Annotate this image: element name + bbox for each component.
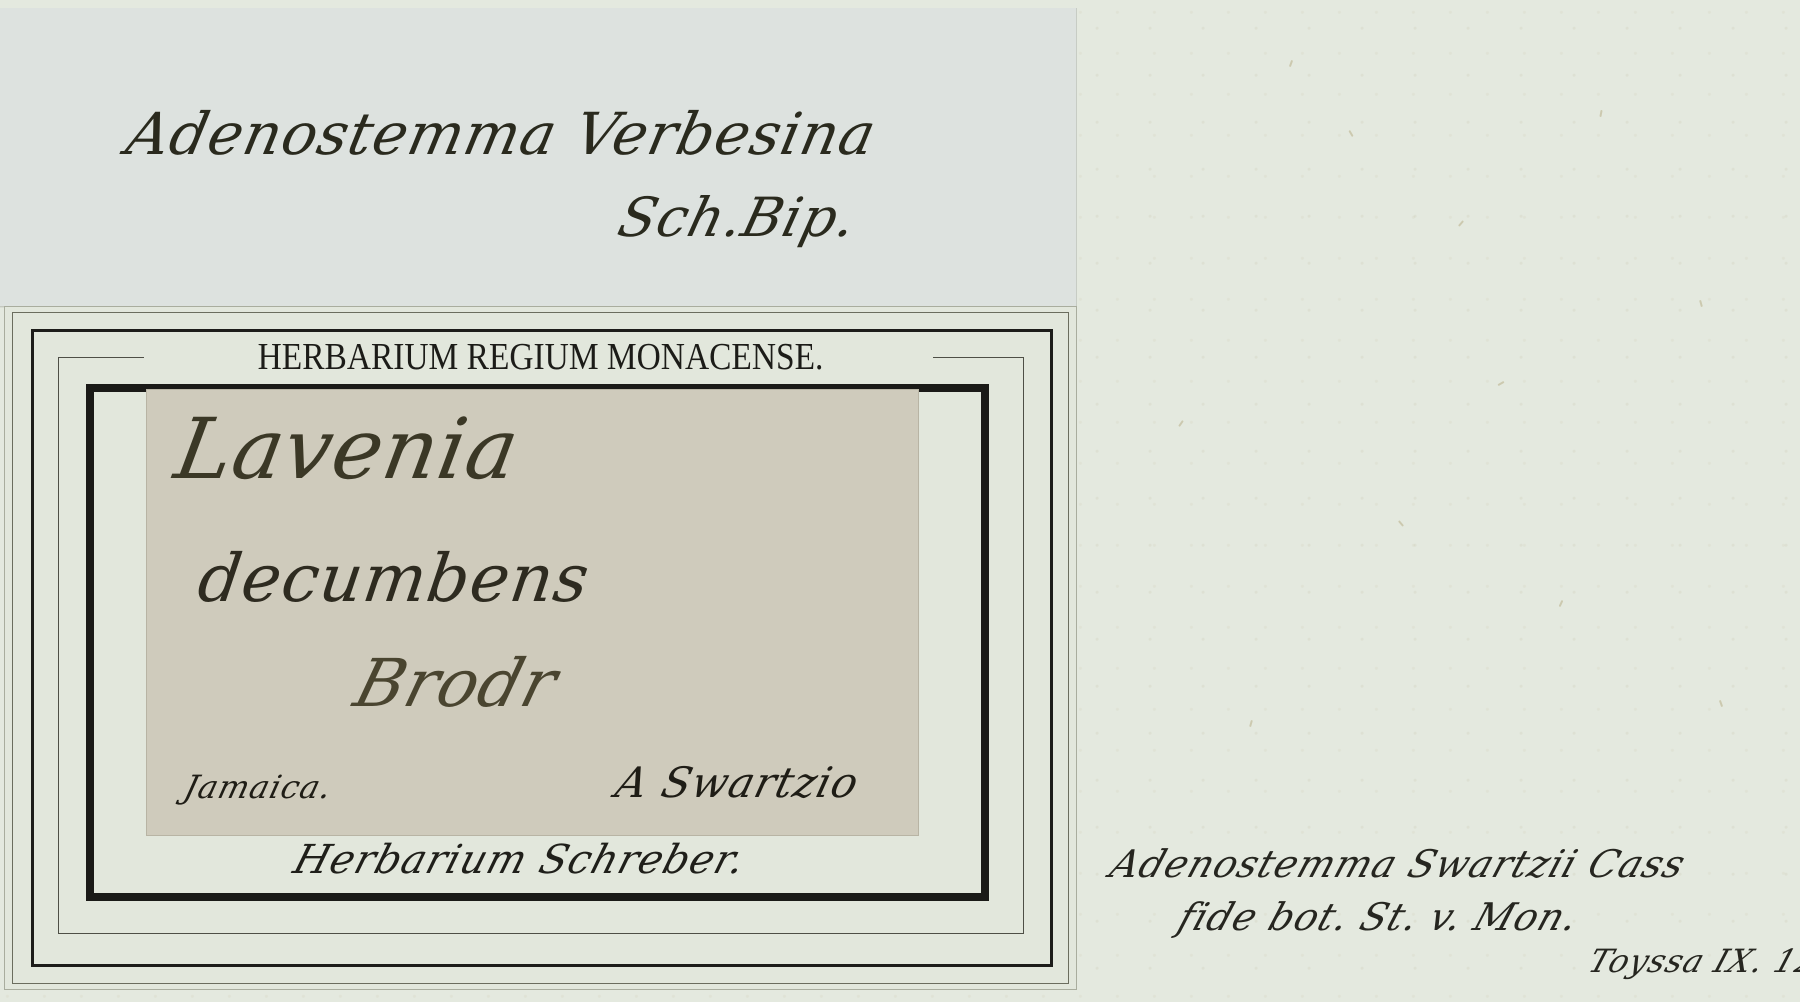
species-epithet: decumbens [194, 540, 595, 617]
collector: A Swartzio [611, 758, 864, 807]
determination-name: Adenostemma Verbesina [121, 100, 883, 168]
annotation-signature-date: Toyssa IX. 12 [1584, 942, 1800, 980]
species-author: Brodr [347, 645, 566, 722]
determination-slip: Adenostemma Verbesina Sch.Bip. [0, 8, 1077, 307]
original-specimen-slip: Lavenia decumbens Brodr Jamaica. A Swart… [146, 389, 919, 836]
herbarium-label-card: HERBARIUM REGIUM MONACENSE. Lavenia decu… [4, 306, 1077, 990]
locality: Jamaica. [180, 768, 336, 806]
determination-author: Sch.Bip. [612, 186, 864, 249]
annotation-name: Adenostemma Swartzii Cass [1105, 842, 1692, 886]
source-collection: Herbarium Schreber. [288, 837, 751, 883]
label-header: HERBARIUM REGIUM MONACENSE. [69, 335, 1011, 379]
annotation-source: fide bot. St. v. Mon. [1173, 895, 1585, 939]
genus-name: Lavenia [168, 400, 526, 498]
